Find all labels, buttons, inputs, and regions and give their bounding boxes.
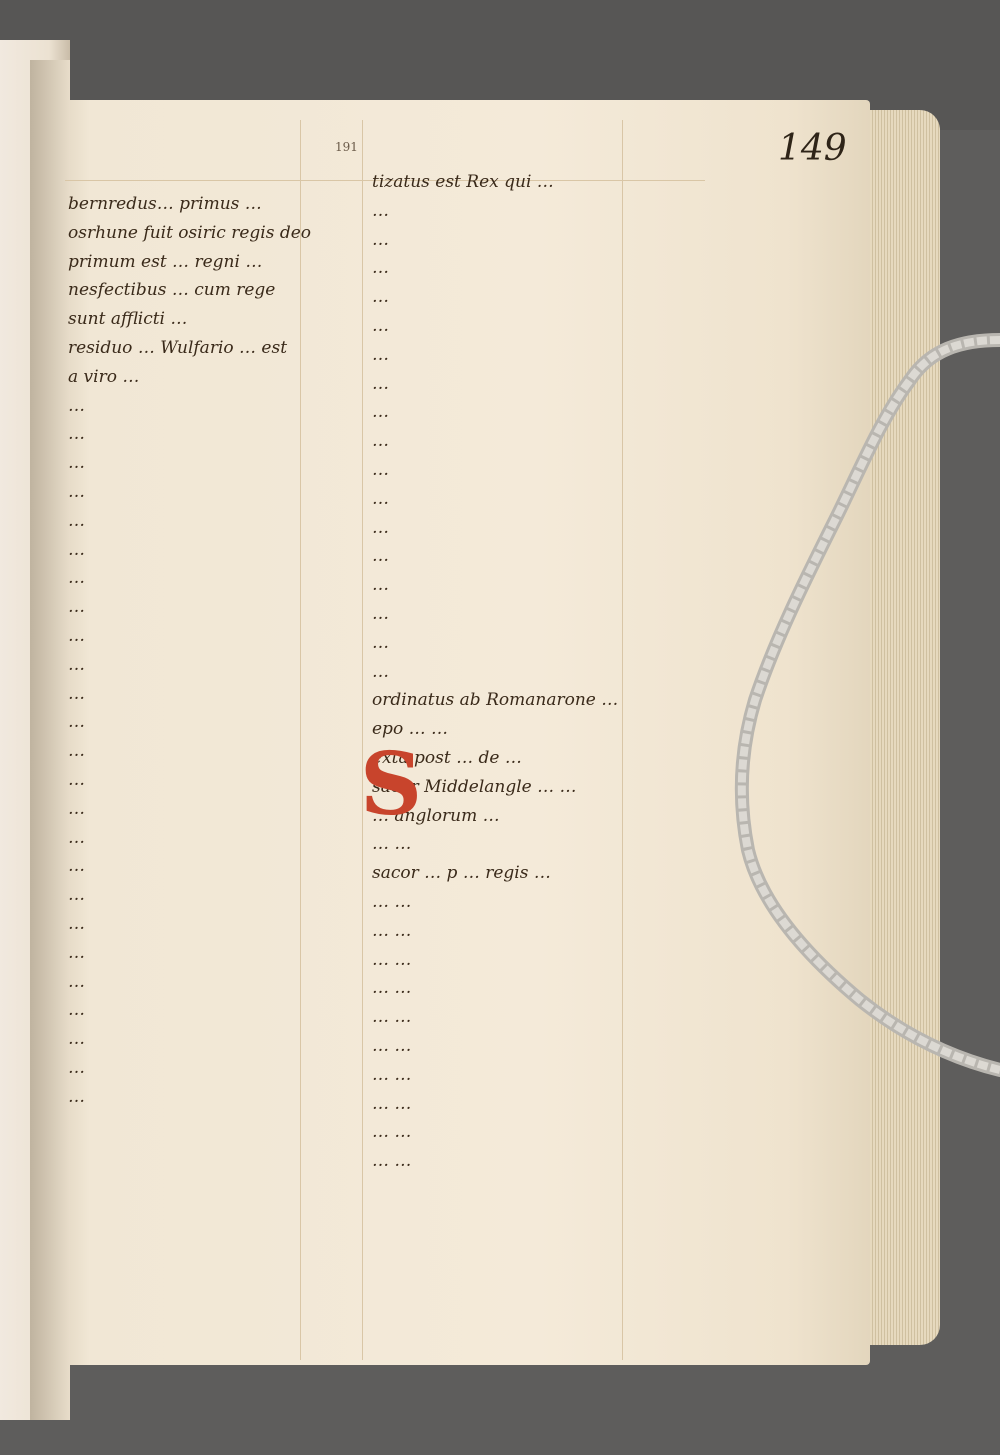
bookmark-ribbon [0, 0, 1000, 1455]
